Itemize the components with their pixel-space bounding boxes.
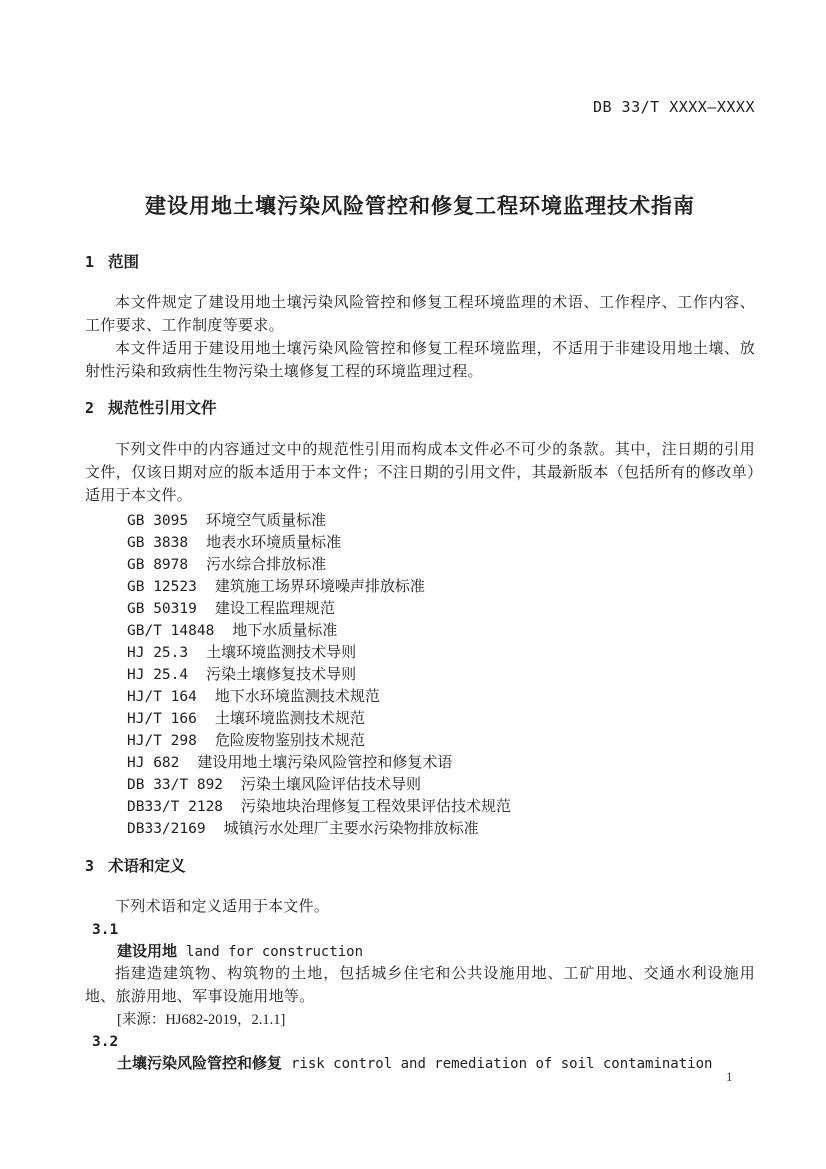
term-3-1-chinese: 建设用地 — [117, 943, 177, 960]
section-2-title: 规范性引用文件 — [108, 400, 217, 417]
reference-code: GB 8978 — [127, 557, 188, 573]
reference-item: DB33/2169城镇污水处理厂主要水污染物排放标准 — [127, 818, 755, 840]
term-3-2-chinese: 土壤污染风险管控和修复 — [117, 1055, 282, 1072]
reference-item: GB 12523建筑施工场界环境噪声排放标准 — [127, 576, 755, 598]
reference-name: 建设工程监理规范 — [215, 601, 335, 617]
section-2-number: 2 — [85, 399, 94, 417]
reference-code: HJ/T 166 — [127, 711, 197, 727]
reference-code: HJ/T 164 — [127, 689, 197, 705]
reference-item: DB 33/T 892污染土壤风险评估技术导则 — [127, 774, 755, 796]
normative-references-list: GB 3095环境空气质量标准 GB 3838地表水环境质量标准 GB 8978… — [85, 510, 755, 840]
term-3-2-number: 3.2 — [92, 1031, 755, 1053]
reference-item: HJ 682建设用地土壤污染风险管控和修复术语 — [127, 752, 755, 774]
reference-item: GB 8978污水综合排放标准 — [127, 554, 755, 576]
reference-name: 地表水环境质量标准 — [206, 535, 341, 551]
reference-item: HJ 25.4污染土壤修复技术导则 — [127, 664, 755, 686]
reference-code: GB 12523 — [127, 579, 197, 595]
standard-code-header: DB 33/T XXXX—XXXX — [85, 98, 755, 116]
page-number: 1 — [726, 1068, 733, 1086]
reference-name: 污染土壤风险评估技术导则 — [241, 777, 421, 793]
term-3-2-title: 土壤污染风险管控和修复risk control and remediation … — [85, 1053, 755, 1075]
reference-item: HJ/T 166土壤环境监测技术规范 — [127, 708, 755, 730]
section-3-title: 术语和定义 — [108, 858, 186, 875]
reference-item: HJ/T 298危险废物鉴别技术规范 — [127, 730, 755, 752]
reference-code: HJ 25.3 — [127, 645, 188, 661]
reference-name: 地下水质量标准 — [232, 623, 337, 639]
reference-name: 危险废物鉴别技术规范 — [215, 733, 365, 749]
reference-code: GB 3838 — [127, 535, 188, 551]
reference-code: GB 3095 — [127, 513, 188, 529]
reference-code: GB/T 14848 — [127, 623, 214, 639]
term-3-1-source: [来源：HJ682-2019，2.1.1] — [85, 1009, 755, 1031]
terms-intro: 下列术语和定义适用于本文件。 — [85, 896, 755, 919]
section-3-number: 3 — [85, 857, 94, 875]
section-3-heading: 3术语和定义 — [85, 857, 755, 876]
reference-item: GB/T 14848地下水质量标准 — [127, 620, 755, 642]
reference-code: DB 33/T 892 — [127, 777, 223, 793]
section-1-title: 范围 — [108, 254, 139, 271]
document-page: DB 33/T XXXX—XXXX 建设用地土壤污染风险管控和修复工程环境监理技… — [0, 0, 826, 1169]
reference-item: GB 3838地表水环境质量标准 — [127, 532, 755, 554]
reference-name: 污水综合排放标准 — [206, 557, 326, 573]
reference-code: DB33/T 2128 — [127, 799, 223, 815]
reference-item: HJ 25.3土壤环境监测技术导则 — [127, 642, 755, 664]
section-2-heading: 2规范性引用文件 — [85, 399, 755, 418]
section-1-paragraph-2: 本文件适用于建设用地土壤污染风险管控和修复工程环境监理，不适用于非建设用地土壤、… — [85, 338, 755, 384]
reference-item: HJ/T 164地下水环境监测技术规范 — [127, 686, 755, 708]
term-3-1-definition: 指建造建筑物、构筑物的土地，包括城乡住宅和公共设施用地、工矿用地、交通水利设施用… — [85, 963, 755, 1009]
reference-item: GB 50319建设工程监理规范 — [127, 598, 755, 620]
term-3-1-number: 3.1 — [92, 919, 755, 941]
reference-code: HJ 25.4 — [127, 667, 188, 683]
reference-name: 城镇污水处理厂主要水污染物排放标准 — [224, 821, 479, 837]
document-title: 建设用地土壤污染风险管控和修复工程环境监理技术指南 — [85, 192, 755, 222]
reference-item: DB33/T 2128污染地块治理修复工程效果评估技术规范 — [127, 796, 755, 818]
section-1-paragraph-1: 本文件规定了建设用地土壤污染风险管控和修复工程环境监理的术语、工作程序、工作内容… — [85, 292, 755, 338]
reference-name: 污染地块治理修复工程效果评估技术规范 — [241, 799, 511, 815]
section-2-intro-paragraph: 下列文件中的内容通过文中的规范性引用而构成本文件必不可少的条款。其中，注日期的引… — [85, 439, 755, 508]
term-3-1-english: land for construction — [186, 944, 363, 960]
section-1-number: 1 — [85, 253, 94, 271]
reference-code: HJ 682 — [127, 755, 179, 771]
reference-name: 污染土壤修复技术导则 — [206, 667, 356, 683]
reference-name: 土壤环境监测技术导则 — [206, 645, 356, 661]
reference-name: 土壤环境监测技术规范 — [215, 711, 365, 727]
term-3-2-english: risk control and remediation of soil con… — [291, 1056, 712, 1072]
reference-code: GB 50319 — [127, 601, 197, 617]
reference-code: HJ/T 298 — [127, 733, 197, 749]
reference-name: 建设用地土壤污染风险管控和修复术语 — [197, 755, 452, 771]
section-1-heading: 1范围 — [85, 253, 755, 272]
term-3-1-title: 建设用地land for construction — [85, 941, 755, 963]
reference-name: 环境空气质量标准 — [206, 513, 326, 529]
reference-name: 建筑施工场界环境噪声排放标准 — [215, 579, 425, 595]
reference-code: DB33/2169 — [127, 821, 206, 837]
reference-item: GB 3095环境空气质量标准 — [127, 510, 755, 532]
reference-name: 地下水环境监测技术规范 — [215, 689, 380, 705]
